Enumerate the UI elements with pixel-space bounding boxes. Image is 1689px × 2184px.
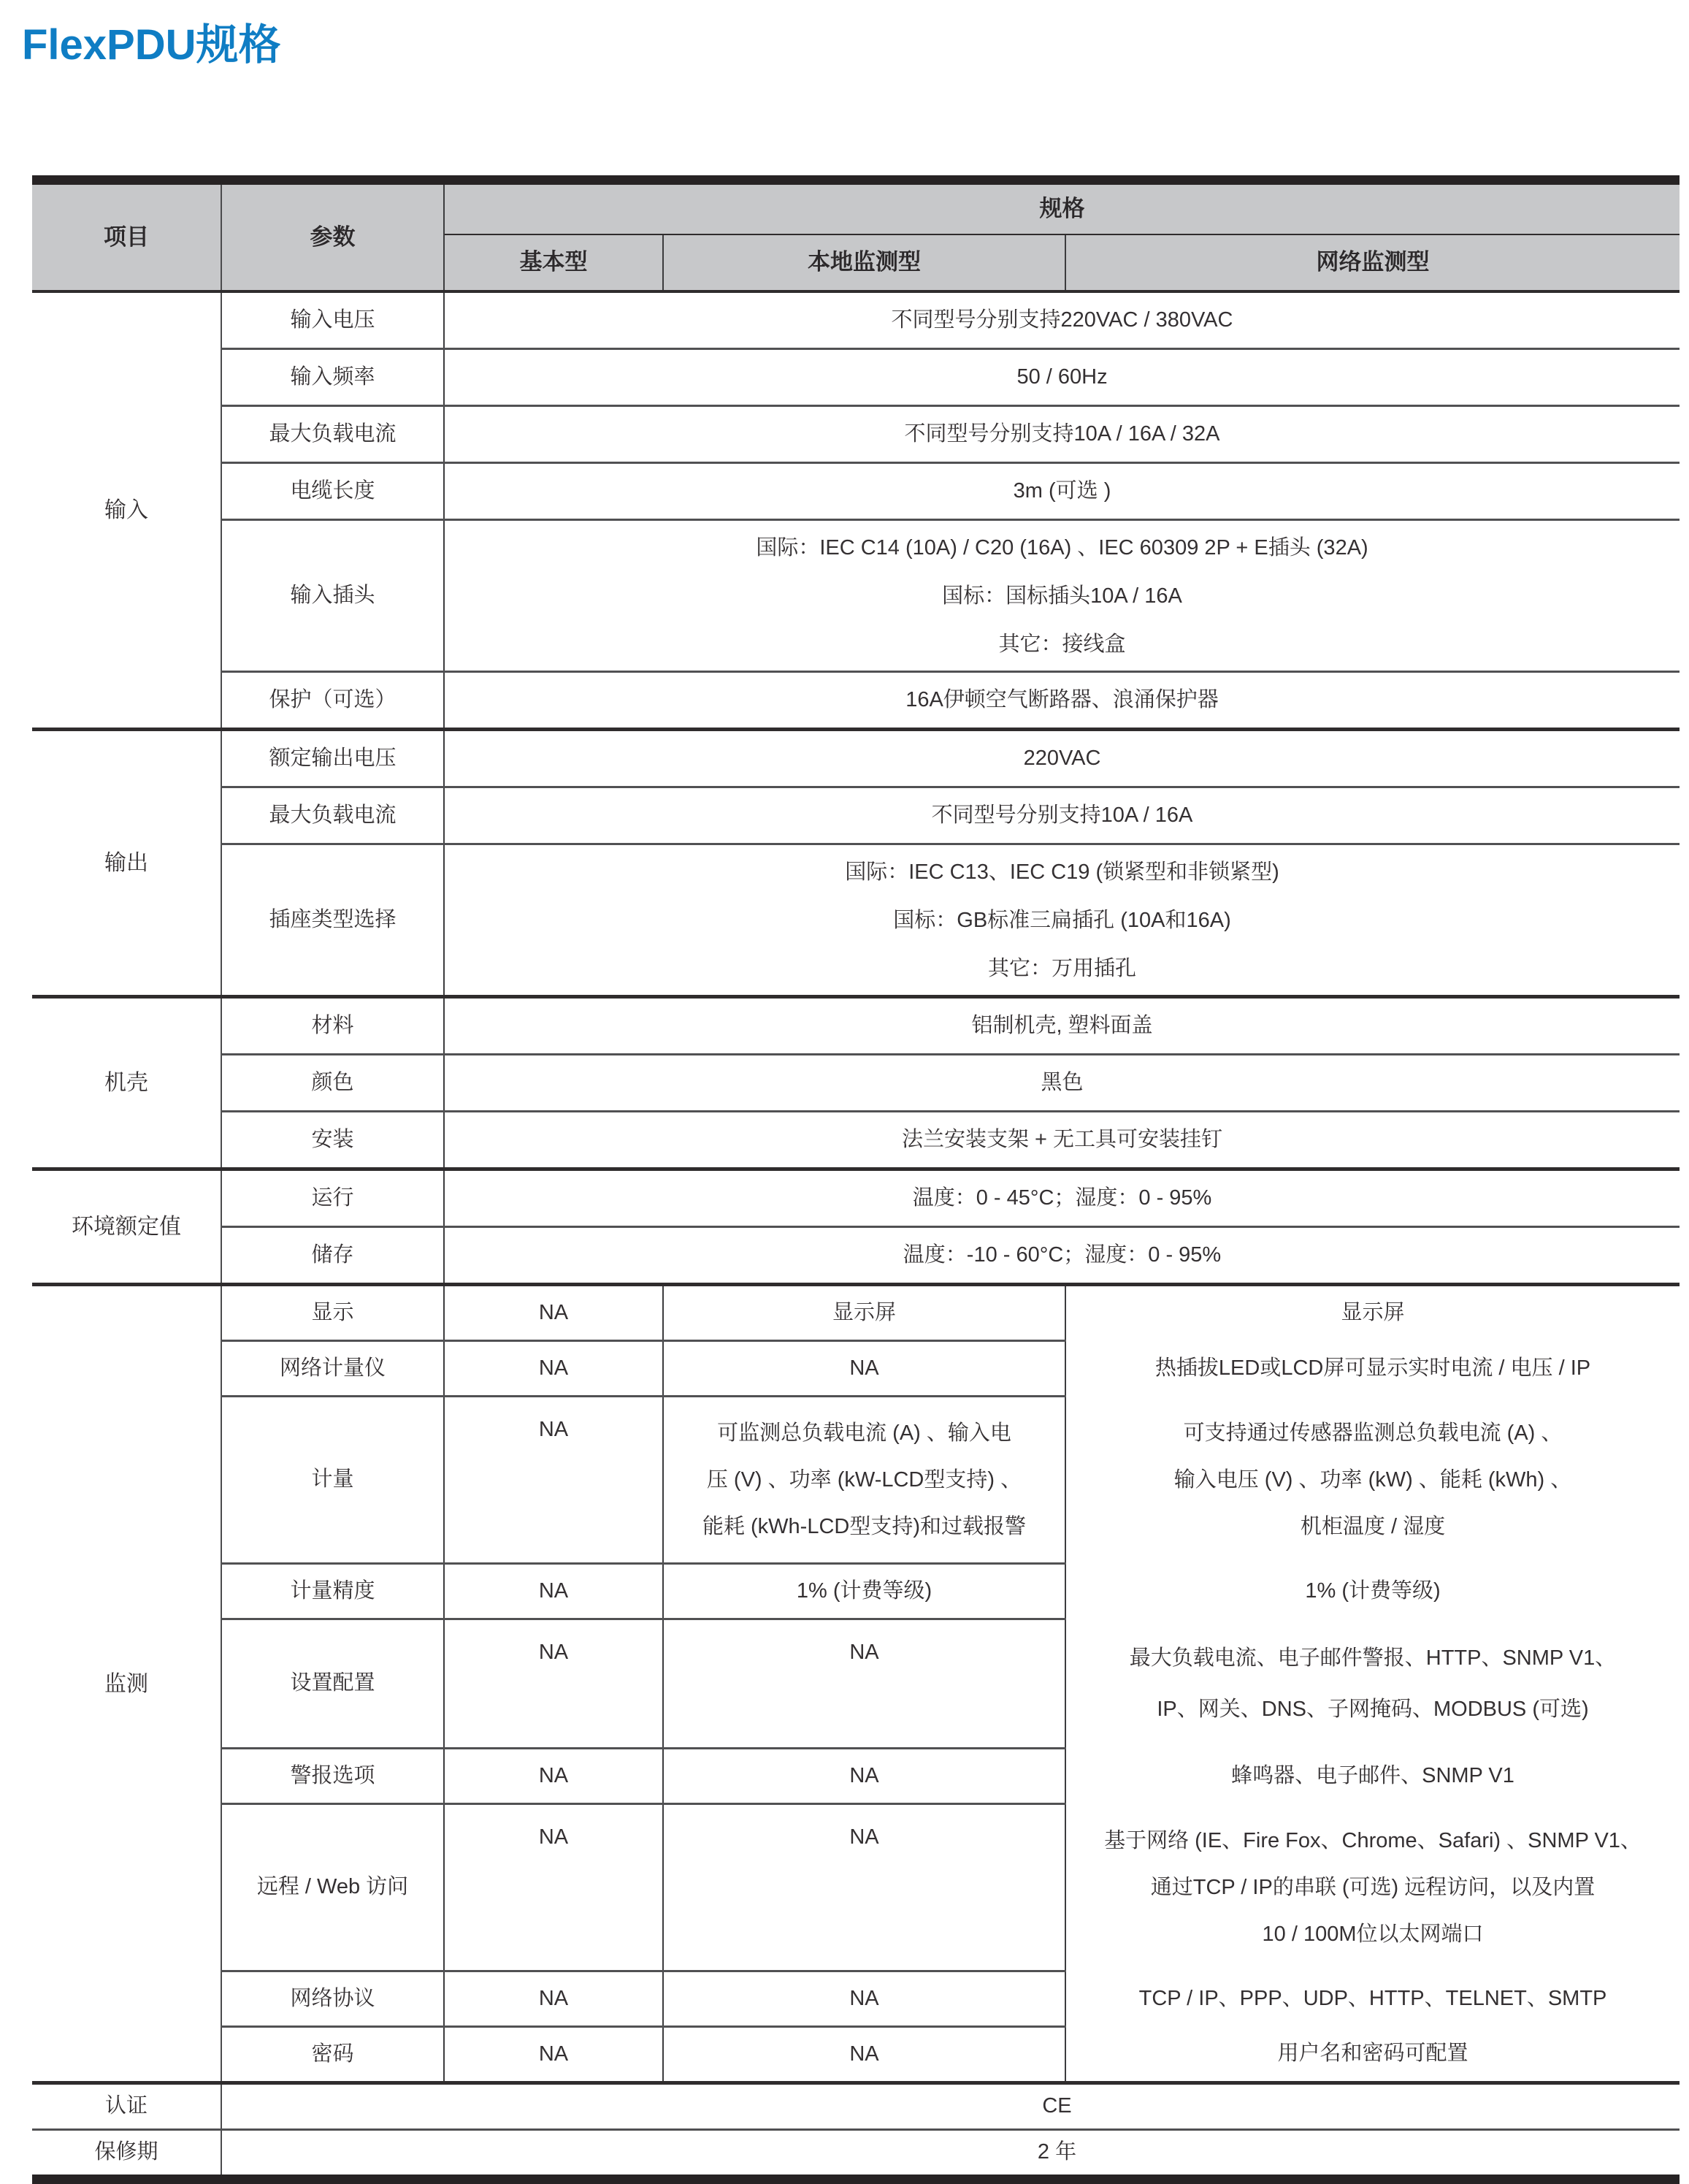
spec-value: 不同型号分别支持220VAC / 380VAC [444, 291, 1680, 349]
spec-local: NA [663, 1619, 1065, 1749]
certification-value: CE [221, 2083, 1680, 2130]
table-row: 输出 额定输出电压 220VAC [32, 730, 1680, 787]
table-row: 设置配置 NA NA 最大负载电流、电子邮件警报、HTTP、SNMP V1、 I… [32, 1619, 1680, 1749]
spec-basic: NA [444, 1285, 663, 1341]
spec-network: 热插拔LED或LCD屏可显示实时电流 / 电压 / IP [1065, 1341, 1680, 1397]
table-row: 储存 温度：-10 - 60°C；湿度：0 - 95% [32, 1227, 1680, 1285]
param-label: 计量精度 [221, 1564, 444, 1619]
param-label: 最大负载电流 [221, 406, 444, 463]
param-label: 网络计量仪 [221, 1341, 444, 1397]
spec-local: 显示屏 [663, 1285, 1065, 1341]
spec-basic: NA [444, 1971, 663, 2027]
spec-network: 显示屏 [1065, 1285, 1680, 1341]
table-row: 输入 输入电压 不同型号分别支持220VAC / 380VAC [32, 291, 1680, 349]
header-local: 本地监测型 [663, 234, 1065, 291]
param-label: 保护（可选） [221, 672, 444, 730]
header-param: 参数 [221, 180, 444, 292]
spec-local: NA [663, 1341, 1065, 1397]
param-label: 储存 [221, 1227, 444, 1285]
spec-value: 黑色 [444, 1055, 1680, 1112]
table-row: 机壳 材料 铝制机壳, 塑料面盖 [32, 997, 1680, 1055]
table-row: 网络计量仪 NA NA 热插拔LED或LCD屏可显示实时电流 / 电压 / IP [32, 1341, 1680, 1397]
warranty-value: 2 年 [221, 2130, 1680, 2180]
group-label-output: 输出 [32, 730, 221, 997]
param-label: 输入插头 [221, 520, 444, 672]
table-row: 警报选项 NA NA 蜂鸣器、电子邮件、SNMP V1 [32, 1749, 1680, 1804]
spec-network: 可支持通过传感器监测总负载电流 (A) 、 输入电压 (V) 、功率 (kW) … [1065, 1397, 1680, 1564]
param-label: 安装 [221, 1112, 444, 1169]
spec-value: 法兰安装支架 + 无工具可安装挂钉 [444, 1112, 1680, 1169]
spec-network: 1% (计费等级) [1065, 1564, 1680, 1619]
spec-value: 16A伊顿空气断路器、浪涌保护器 [444, 672, 1680, 730]
group-label-chassis: 机壳 [32, 997, 221, 1169]
param-label: 材料 [221, 997, 444, 1055]
spec-basic: NA [444, 2027, 663, 2083]
spec-local: 可监测总负载电流 (A) 、输入电 压 (V) 、功率 (kW-LCD型支持) … [663, 1397, 1065, 1564]
spec-sheet-page: FlexPDU规格 项目 参数 规格 基本型 本地监测型 网络监测型 输入 输入… [0, 0, 1689, 2066]
spec-basic: NA [444, 1804, 663, 1971]
param-label: 输入电压 [221, 291, 444, 349]
param-label: 网络协议 [221, 1971, 444, 2027]
param-label: 显示 [221, 1285, 444, 1341]
table-row: 最大负载电流 不同型号分别支持10A / 16A [32, 787, 1680, 844]
spec-basic: NA [444, 1564, 663, 1619]
table-row: 计量 NA 可监测总负载电流 (A) 、输入电 压 (V) 、功率 (kW-LC… [32, 1397, 1680, 1564]
spec-value: 不同型号分别支持10A / 16A / 32A [444, 406, 1680, 463]
group-label-monitoring: 监测 [32, 1285, 221, 2083]
param-label: 远程 / Web 访问 [221, 1804, 444, 1971]
table-row: 最大负载电流 不同型号分别支持10A / 16A / 32A [32, 406, 1680, 463]
spec-local: NA [663, 1749, 1065, 1804]
group-label-certification: 认证 [32, 2083, 221, 2130]
spec-value: 3m (可选 ) [444, 463, 1680, 520]
param-label: 颜色 [221, 1055, 444, 1112]
param-label: 电缆长度 [221, 463, 444, 520]
table-row: 颜色 黑色 [32, 1055, 1680, 1112]
table-row: 远程 / Web 访问 NA NA 基于网络 (IE、Fire Fox、Chro… [32, 1804, 1680, 1971]
header-item: 项目 [32, 180, 221, 292]
spec-network: 基于网络 (IE、Fire Fox、Chrome、Safari) 、SNMP V… [1065, 1804, 1680, 1971]
table-row: 电缆长度 3m (可选 ) [32, 463, 1680, 520]
spec-basic: NA [444, 1749, 663, 1804]
header-spec: 规格 [444, 180, 1680, 235]
table-row: 保修期 2 年 [32, 2130, 1680, 2180]
spec-value: 国际：IEC C13、IEC C19 (锁紧型和非锁紧型) 国标：GB标准三扁插… [444, 844, 1680, 997]
spec-network: TCP / IP、PPP、UDP、HTTP、TELNET、SMTP [1065, 1971, 1680, 2027]
table-row: 监测 显示 NA 显示屏 显示屏 [32, 1285, 1680, 1341]
spec-value: 温度：-10 - 60°C；湿度：0 - 95% [444, 1227, 1680, 1285]
spec-local: 1% (计费等级) [663, 1564, 1065, 1619]
group-label-warranty: 保修期 [32, 2130, 221, 2180]
header-row-1: 项目 参数 规格 [32, 180, 1680, 235]
header-network: 网络监测型 [1065, 234, 1680, 291]
param-label: 警报选项 [221, 1749, 444, 1804]
table-row: 输入插头 国际：IEC C14 (10A) / C20 (16A) 、IEC 6… [32, 520, 1680, 672]
param-label: 计量 [221, 1397, 444, 1564]
table-row: 环境额定值 运行 温度：0 - 45°C；湿度：0 - 95% [32, 1169, 1680, 1227]
spec-table-wrapper: 项目 参数 规格 基本型 本地监测型 网络监测型 输入 输入电压 不同型号分别支… [32, 175, 1680, 2184]
param-label: 额定输出电压 [221, 730, 444, 787]
spec-value: 温度：0 - 45°C；湿度：0 - 95% [444, 1169, 1680, 1227]
table-row: 安装 法兰安装支架 + 无工具可安装挂钉 [32, 1112, 1680, 1169]
spec-basic: NA [444, 1341, 663, 1397]
spec-value: 铝制机壳, 塑料面盖 [444, 997, 1680, 1055]
param-label: 最大负载电流 [221, 787, 444, 844]
spec-network: 用户名和密码可配置 [1065, 2027, 1680, 2083]
param-label: 运行 [221, 1169, 444, 1227]
spec-basic: NA [444, 1619, 663, 1749]
table-row: 密码 NA NA 用户名和密码可配置 [32, 2027, 1680, 2083]
spec-network: 最大负载电流、电子邮件警报、HTTP、SNMP V1、 IP、网关、DNS、子网… [1065, 1619, 1680, 1749]
param-label: 输入频率 [221, 349, 444, 406]
spec-network: 蜂鸣器、电子邮件、SNMP V1 [1065, 1749, 1680, 1804]
table-row: 网络协议 NA NA TCP / IP、PPP、UDP、HTTP、TELNET、… [32, 1971, 1680, 2027]
group-label-input: 输入 [32, 291, 221, 730]
spec-local: NA [663, 2027, 1065, 2083]
spec-value: 国际：IEC C14 (10A) / C20 (16A) 、IEC 60309 … [444, 520, 1680, 672]
spec-value: 220VAC [444, 730, 1680, 787]
spec-value: 不同型号分别支持10A / 16A [444, 787, 1680, 844]
param-label: 设置配置 [221, 1619, 444, 1749]
table-row: 认证 CE [32, 2083, 1680, 2130]
group-label-environment: 环境额定值 [32, 1169, 221, 1285]
param-label: 插座类型选择 [221, 844, 444, 997]
table-row: 插座类型选择 国际：IEC C13、IEC C19 (锁紧型和非锁紧型) 国标：… [32, 844, 1680, 997]
spec-table: 项目 参数 规格 基本型 本地监测型 网络监测型 输入 输入电压 不同型号分别支… [32, 175, 1680, 2184]
spec-local: NA [663, 1804, 1065, 1971]
page-title: FlexPDU规格 [22, 10, 281, 72]
table-row: 计量精度 NA 1% (计费等级) 1% (计费等级) [32, 1564, 1680, 1619]
spec-basic: NA [444, 1397, 663, 1564]
spec-local: NA [663, 1971, 1065, 2027]
spec-value: 50 / 60Hz [444, 349, 1680, 406]
table-row: 保护（可选） 16A伊顿空气断路器、浪涌保护器 [32, 672, 1680, 730]
header-basic: 基本型 [444, 234, 663, 291]
param-label: 密码 [221, 2027, 444, 2083]
table-row: 输入频率 50 / 60Hz [32, 349, 1680, 406]
